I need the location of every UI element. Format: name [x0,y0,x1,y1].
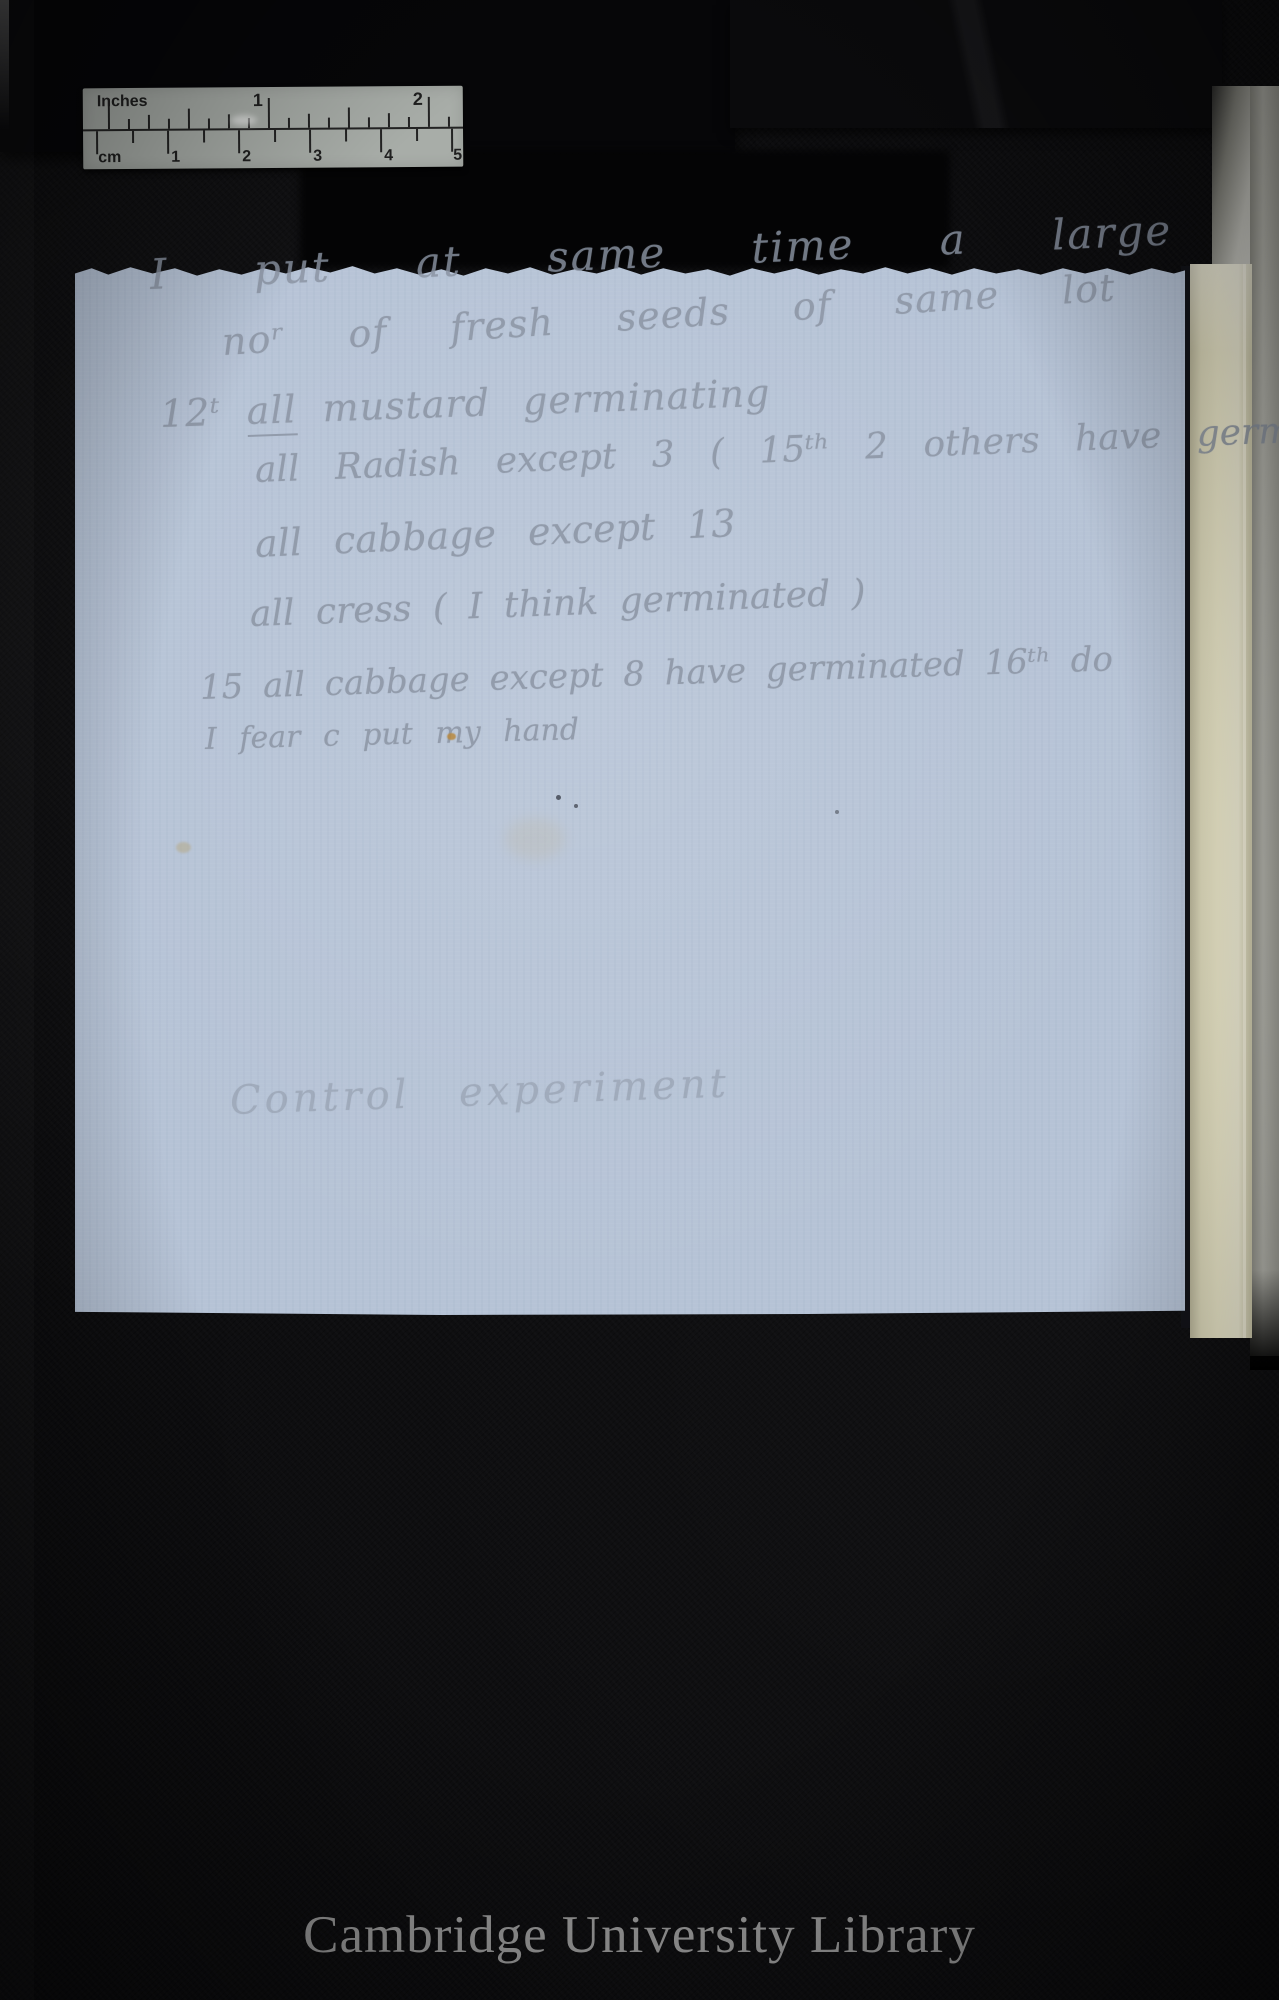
photo-vignette [0,0,1279,2000]
manuscript-photo-stage: I put at same time a large noʳ of fresh … [0,0,1279,2000]
